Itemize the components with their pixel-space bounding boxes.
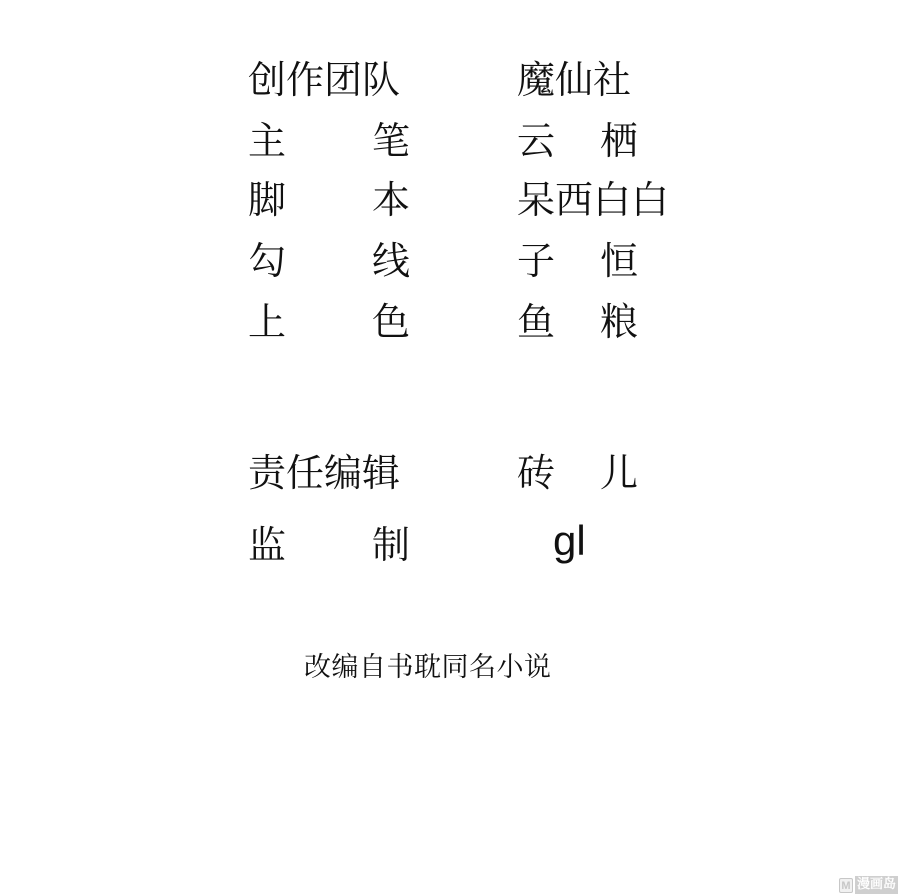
role-label-script-1: 脚: [248, 176, 286, 224]
credit-name-editor-2: 儿: [600, 449, 638, 497]
role-label-coloring-1: 上: [248, 298, 286, 346]
role-label-lead-artist-1: 主: [248, 117, 286, 165]
role-label-lineart-2: 线: [372, 237, 410, 285]
credit-name-editor-1: 砖: [517, 449, 555, 497]
credit-name-coloring-1: 鱼: [517, 298, 555, 346]
watermark: M 漫画岛: [839, 876, 898, 894]
role-label-team: 创作团队: [248, 56, 400, 104]
credit-row-lead-artist: 主 笔 云 栖: [0, 117, 900, 165]
credit-name-lead-artist-2: 栖: [600, 117, 638, 165]
role-label-script-2: 本: [372, 176, 410, 224]
credits-page: 创作团队 魔仙社 主 笔 云 栖 脚 本 呆西白白 勾 线 子 恒 上 色 鱼 …: [0, 0, 900, 896]
role-label-supervisor-2: 制: [372, 521, 410, 569]
watermark-text: 漫画岛: [855, 876, 898, 894]
adaptation-note: 改编自书耽同名小说: [304, 650, 552, 686]
credit-name-lead-artist-1: 云: [517, 117, 555, 165]
credit-row-script: 脚 本 呆西白白: [0, 176, 900, 224]
credit-row-lineart: 勾 线 子 恒: [0, 237, 900, 285]
role-label-coloring-2: 色: [372, 298, 410, 346]
credit-name-team: 魔仙社: [517, 56, 631, 104]
credit-name-lineart-2: 恒: [600, 237, 638, 285]
credit-name-supervisor: gl: [553, 517, 586, 565]
credit-row-supervisor: 监 制 gl: [0, 521, 900, 569]
credit-row-coloring: 上 色 鱼 粮: [0, 298, 900, 346]
credit-row-editor: 责任编辑 砖 儿: [0, 449, 900, 497]
role-label-supervisor-1: 监: [248, 521, 286, 569]
credit-row-team: 创作团队 魔仙社: [0, 56, 900, 104]
manhuadao-logo-icon: M: [839, 878, 853, 893]
credit-name-lineart-1: 子: [517, 237, 555, 285]
credit-name-script: 呆西白白: [517, 176, 669, 224]
role-label-editor: 责任编辑: [248, 449, 400, 497]
role-label-lead-artist-2: 笔: [372, 117, 410, 165]
credit-name-coloring-2: 粮: [600, 298, 638, 346]
role-label-lineart-1: 勾: [248, 237, 286, 285]
